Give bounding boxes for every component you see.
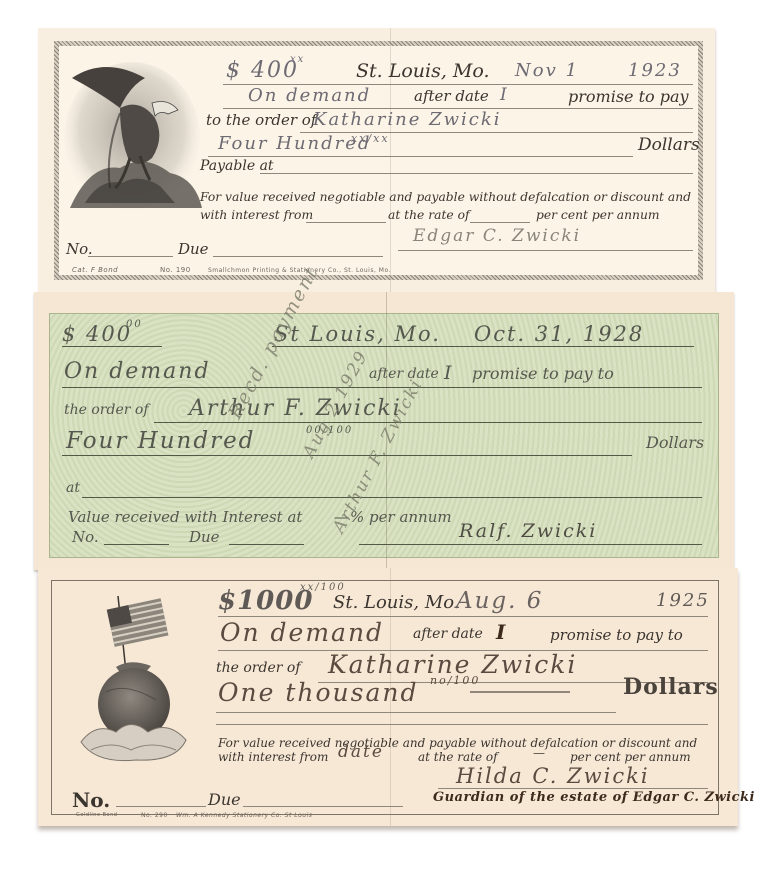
payee-name: Arthur F. Zwicki — [189, 396, 402, 421]
interest-terms: Value received with Interest at — [68, 508, 302, 526]
terms-text: For value received negotiable and payabl… — [218, 736, 697, 750]
amount-cents: 00 — [126, 319, 143, 330]
date-year: 1925 — [656, 590, 710, 611]
amount-figures: $ 400 — [226, 58, 299, 83]
rate-label: at the rate of — [418, 750, 498, 764]
signature-title: Guardian of the estate of Edgar C. Zwick… — [433, 790, 755, 805]
terms-text: For value received negotiable and payabl… — [200, 190, 691, 204]
promise-label: promise to pay to — [550, 626, 683, 644]
rule — [243, 806, 403, 807]
demand-terms: On demand — [248, 85, 371, 106]
rule — [154, 422, 702, 423]
rule — [208, 156, 633, 157]
date: Oct. 31, 1928 — [474, 322, 644, 346]
form-number: No. 190 — [160, 266, 191, 274]
demand-terms: On demand — [64, 359, 211, 384]
rule — [82, 497, 702, 498]
rule — [260, 173, 693, 174]
place: St. Louis, Mo. — [333, 592, 460, 613]
dash-fill — [470, 691, 570, 693]
rate-label: at the rate of — [388, 208, 470, 222]
signature-line — [398, 250, 693, 251]
promise-label: promise to pay — [568, 87, 689, 106]
amount-words-fraction: no/100 — [430, 674, 480, 687]
promissory-note-1928: $ 400 00 St Louis, Mo. Oct. 31, 1928 On … — [34, 292, 734, 570]
signature-line — [438, 788, 708, 789]
amount-words-fraction: xx/xx — [351, 132, 390, 145]
at-label: at — [66, 480, 80, 496]
bond-mark: Goldline Bond — [76, 812, 117, 818]
place: St. Louis, Mo. — [356, 60, 490, 82]
rule — [88, 256, 173, 257]
per-annum-label: % per annum — [350, 508, 452, 526]
rule — [104, 544, 169, 545]
promisor-pronoun: I — [500, 85, 509, 105]
date-year: 1923 — [628, 60, 682, 81]
order-label: to the order of — [206, 111, 316, 129]
number-label: No. — [72, 528, 99, 546]
rule — [218, 616, 708, 617]
form-number: No. 290 — [141, 812, 168, 819]
after-date-label: after date — [413, 626, 483, 642]
signature-line — [359, 544, 702, 545]
dollars-label: Dollars — [623, 674, 719, 700]
amount-figures: $ 400 — [62, 322, 132, 346]
rule — [213, 256, 383, 257]
rule — [116, 806, 206, 807]
rule — [62, 387, 702, 388]
amount-words: Four Hundred — [218, 133, 371, 154]
after-date-label: after date — [414, 87, 489, 105]
eagle-icon — [60, 58, 205, 218]
printer-imprint: Wm. A Kennedy Stationery Co. St Louis — [176, 812, 312, 819]
rule — [216, 712, 616, 713]
order-label: the order of — [216, 660, 301, 676]
amount-words: One thousand — [218, 678, 418, 707]
demand-terms: On demand — [220, 618, 384, 647]
due-label: Due — [208, 790, 241, 809]
after-date-label: after date — [369, 366, 439, 382]
date-month-day: Nov 1 — [515, 60, 579, 81]
rule — [62, 346, 162, 347]
amount-cents: xx — [290, 54, 305, 65]
payee-name: Katharine Zwicki — [313, 109, 501, 130]
rule — [470, 222, 530, 223]
dollars-label: Dollars — [646, 433, 704, 452]
promise-label: promise to pay to — [472, 364, 614, 383]
date-month-day: Aug. 6 — [456, 588, 543, 614]
promissory-note-1923: $ 400 xx St. Louis, Mo. Nov 1 1923 On de… — [38, 28, 715, 292]
interest-from-label: with interest from — [200, 208, 313, 222]
order-label: the order of — [64, 402, 149, 418]
per-annum-label: per cent per annum — [536, 208, 660, 222]
rule — [62, 455, 632, 456]
promisor-pronoun: I — [496, 620, 507, 644]
due-label: Due — [178, 240, 209, 258]
flag-globe-icon — [76, 592, 191, 772]
interest-from-date: date — [338, 742, 384, 762]
dollars-label: Dollars — [638, 135, 700, 155]
interest-rate: — — [533, 746, 545, 760]
promissory-note-1925: $1000 xx/100 St. Louis, Mo. Aug. 6 1925 … — [38, 568, 738, 826]
signature: Ralf. Zwicki — [459, 520, 597, 542]
interest-from-label: with interest from — [218, 750, 328, 764]
bond-mark: Cat. F Bond — [72, 266, 118, 274]
rule — [216, 724, 708, 725]
rule — [306, 222, 386, 223]
amount-words: Four Hundred — [66, 428, 255, 454]
payable-at-label: Payable at — [200, 158, 274, 174]
promisor-pronoun: I — [444, 362, 454, 384]
number-label: No. — [72, 788, 110, 812]
place: St Louis, Mo. — [274, 322, 441, 346]
due-label: Due — [189, 528, 220, 546]
rule — [229, 544, 304, 545]
signature: Hilda C. Zwicki — [456, 764, 650, 788]
signature: Edgar C. Zwicki — [413, 226, 581, 246]
rule — [272, 346, 694, 347]
per-annum-label: per cent per annum — [570, 750, 691, 764]
